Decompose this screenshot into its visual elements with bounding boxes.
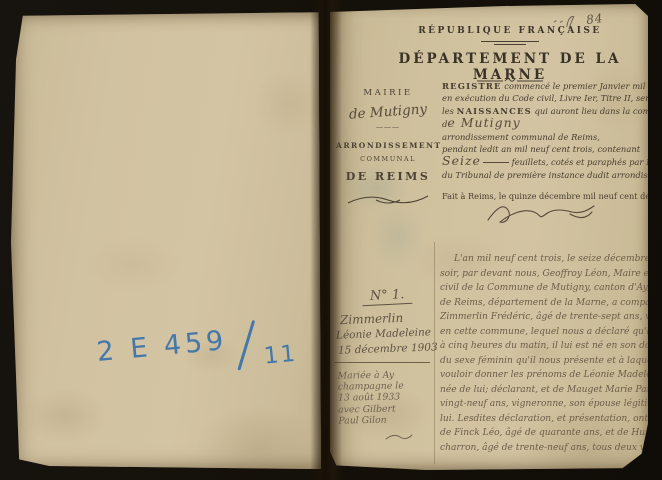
- de-reims-label: DE REIMS: [336, 170, 440, 183]
- mairie-label: MAIRIE: [336, 88, 440, 98]
- margin-separator: [334, 362, 430, 363]
- feuillets-count-handwritten: Seize: [442, 153, 481, 168]
- acte-line: soir, par devant nous, Geoffroy Léon, Ma…: [440, 267, 646, 282]
- left-page-texture: [7, 12, 321, 471]
- folio-number: 84: [585, 11, 604, 27]
- fill-line: [483, 162, 509, 163]
- mention-line: Paul Gilon: [338, 414, 404, 426]
- registre-text: feuillets, cotés et paraphés par Nous, P…: [509, 157, 662, 167]
- registre-keyword: REGISTRE: [442, 81, 502, 91]
- acte-line: civil de la Commune de Mutigny, canton d…: [440, 281, 646, 296]
- mention-line: avec Gilbert: [338, 403, 404, 415]
- acte-date: 15 décembre 1903: [338, 341, 438, 356]
- commune-fill-handwritten: e Mutigny: [447, 115, 520, 130]
- acte-line: vingt-neuf ans, vigneronne, son épouse l…: [440, 397, 646, 412]
- signature-icon: [480, 200, 600, 230]
- communal-label: COMMUNAL: [336, 155, 440, 163]
- acte-line: Zimmerlin Frédéric, âgé de trente-sept a…: [440, 310, 646, 325]
- acte-line: en cette commune, lequel nous a déclaré …: [440, 325, 646, 340]
- marriage-mention: Mariée à Ay champagne le 13 août 1933 av…: [338, 369, 405, 426]
- registre-line: Seize feuillets, cotés et paraphés par N…: [442, 155, 648, 168]
- acte-line: de Finck Léo, âgé de quarante ans, et de…: [440, 426, 646, 441]
- acte-line: à cinq heures du matin, il lui est né en…: [440, 339, 646, 354]
- register-book-scan: 2 E 459 11 84 RÉPUBLIQUE FRANÇAISE DÉPAR…: [0, 0, 662, 480]
- acte-line: du sexe féminin qu'il nous présente et à…: [440, 354, 646, 369]
- acte-line: de Reims, département de la Marne, a com…: [440, 296, 646, 311]
- registre-text: commencé le premier Janvier mil neuf cen…: [502, 81, 662, 91]
- republique-heading: RÉPUBLIQUE FRANÇAISE: [390, 26, 630, 36]
- cote-text: 2 E 459: [95, 325, 228, 368]
- acte-line: charron, âgé de trente-neuf ans, tous de…: [440, 441, 646, 456]
- brace-flourish: [336, 192, 440, 212]
- acte-line: vouloir donner les prénoms de Léonie Mad…: [440, 368, 646, 383]
- cote-suffix: 11: [263, 341, 299, 370]
- cote-slash: [237, 320, 255, 371]
- acte-number: N° 1.: [362, 287, 413, 307]
- commune-handwritten: de Mutigny: [336, 100, 441, 123]
- registre-line: REGISTRE commencé le premier Janvier mil…: [442, 80, 648, 92]
- brace-flourish-icon: [346, 192, 430, 208]
- registre-line: du Tribunal de première instance dudit a…: [442, 169, 648, 181]
- acte-line: L'an mil neuf cent trois, le seize décem…: [440, 252, 646, 267]
- acte-line: lui. Lesdites déclaration, et présentati…: [440, 412, 646, 427]
- registre-text: qui auront lieu dans la commune: [532, 106, 662, 116]
- archival-cote: 2 E 459 11: [95, 325, 228, 368]
- small-ornament: ———: [336, 123, 440, 131]
- registre-line: de Mutigny: [442, 117, 648, 130]
- mairie-block: MAIRIE de Mutigny ——— ARRONDISSEMENT COM…: [336, 88, 440, 212]
- registre-line: arrondissement communal de Reims,: [442, 131, 648, 143]
- acte-given-names: Léonie Madeleine: [336, 326, 431, 341]
- mention-line: 13 août 1933: [338, 392, 404, 404]
- right-page: 84 RÉPUBLIQUE FRANÇAISE DÉPARTEMENT DE L…: [330, 4, 648, 470]
- double-rule-ornament: [390, 39, 630, 45]
- acte-line: née de lui; déclarant, et de Mauget Mari…: [440, 383, 646, 398]
- arrondissement-label: ARRONDISSEMENT: [336, 141, 440, 150]
- president-signature: [480, 200, 600, 234]
- mention-flourish-icon: [384, 431, 414, 443]
- acte-surname: Zimmerlin: [340, 311, 404, 327]
- registre-paragraph: REGISTRE commencé le premier Janvier mil…: [442, 80, 648, 203]
- left-page: 2 E 459 11: [7, 12, 321, 471]
- acte-body: L'an mil neuf cent trois, le seize décem…: [440, 252, 646, 455]
- mention-flourish: [384, 428, 414, 447]
- registre-line: en exécution du Code civil, Livre Ier, T…: [442, 92, 648, 104]
